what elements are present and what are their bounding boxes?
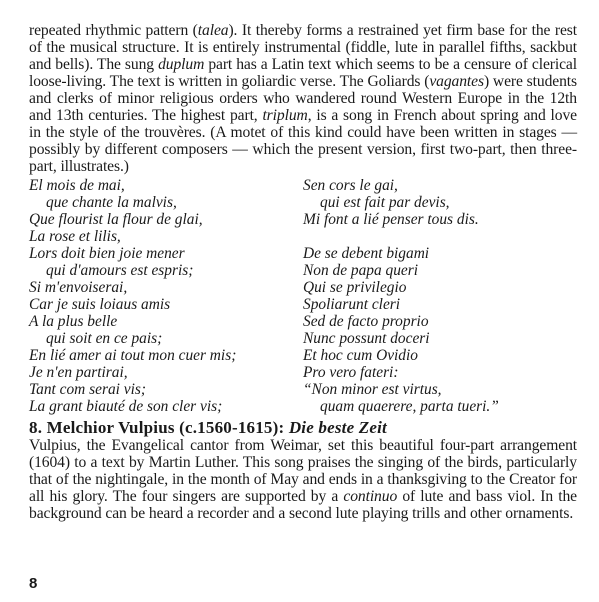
section-body: Vulpius, the Evangelical cantor from Wei… (29, 437, 577, 522)
section-heading: 8. Melchior Vulpius (c.1560-1615): Die b… (29, 418, 577, 437)
italic-term: continuo (343, 488, 397, 505)
poem-block: El mois de mai,que chante la malvis,Que … (29, 177, 577, 415)
poem-line: qui est fait par devis, (303, 194, 577, 211)
poem-line: Sed de facto proprio (303, 313, 577, 330)
poem-line: Que flourist la flour de glai, (29, 211, 303, 228)
poem-line: A la plus belle (29, 313, 303, 330)
section-composer: Melchior Vulpius (c.1560-1615): (47, 418, 285, 437)
poem-line: “Non minor est virtus, (303, 381, 577, 398)
poem-line: Nunc possunt doceri (303, 330, 577, 347)
poem-line: Mi font a lié penser tous dis. (303, 211, 577, 228)
section-title: Die beste Zeit (289, 418, 387, 437)
italic-term: duplum (158, 56, 204, 73)
section-number: 8. (29, 418, 42, 437)
page-content: repeated rhythmic pattern (talea). It th… (29, 22, 577, 522)
page-number: 8 (29, 575, 37, 592)
poem-line: El mois de mai, (29, 177, 303, 194)
poem-left-column: El mois de mai,que chante la malvis,Que … (29, 177, 303, 415)
poem-line: Spoliarunt cleri (303, 296, 577, 313)
poem-line: Sen cors le gai, (303, 177, 577, 194)
poem-line: qui d'amours est espris; (29, 262, 303, 279)
italic-term: vagantes (429, 73, 484, 90)
poem-line: Tant com serai vis; (29, 381, 303, 398)
poem-right-column: Sen cors le gai,qui est fait par devis,M… (303, 177, 577, 415)
intro-paragraph: repeated rhythmic pattern (talea). It th… (29, 22, 577, 175)
poem-line: que chante la malvis, (29, 194, 303, 211)
poem-line: La rose et lilis, (29, 228, 303, 245)
poem-line: Si m'envoiserai, (29, 279, 303, 296)
italic-term: talea (198, 22, 229, 39)
poem-line: Pro vero fateri: (303, 364, 577, 381)
poem-line: Je n'en partirai, (29, 364, 303, 381)
poem-line: En lié amer ai tout mon cuer mis; (29, 347, 303, 364)
poem-line: Non de papa queri (303, 262, 577, 279)
poem-line: De se debent bigami (303, 245, 577, 262)
poem-line: La grant biauté de son cler vis; (29, 398, 303, 415)
poem-line: Lors doit bien joie mener (29, 245, 303, 262)
poem-line: Qui se privilegio (303, 279, 577, 296)
poem-line: Car je suis loiaus amis (29, 296, 303, 313)
stanza-break (303, 228, 577, 245)
italic-term: triplum (262, 107, 307, 124)
poem-line: quam quaerere, parta tueri.” (303, 398, 577, 415)
text-segment: repeated rhythmic pattern ( (29, 22, 198, 39)
poem-line: qui soit en ce pais; (29, 330, 303, 347)
poem-line: Et hoc cum Ovidio (303, 347, 577, 364)
